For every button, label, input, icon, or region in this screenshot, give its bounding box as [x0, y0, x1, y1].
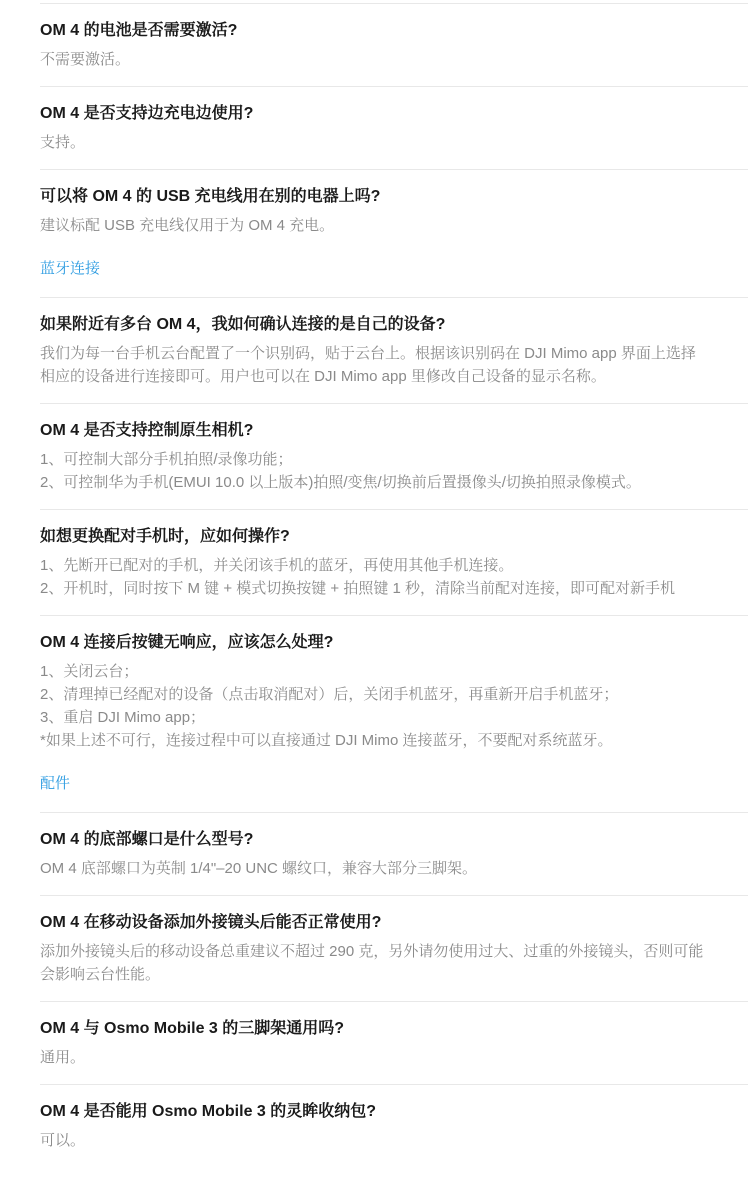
faq-question: OM 4 是否能用 Osmo Mobile 3 的灵眸收纳包? — [40, 1101, 705, 1123]
faq-answer: 不需要激活。 — [40, 48, 705, 71]
section-link[interactable]: 蓝牙连接 — [40, 260, 100, 277]
answer-line: 2、可控制华为手机(EMUI 10.0 以上版本)拍照/变焦/切换前后置摄像头/… — [40, 471, 705, 494]
faq-item-content: OM 4 在移动设备添加外接镜头后能否正常使用? 添加外接镜头后的移动设备总重建… — [0, 896, 750, 1001]
section-link[interactable]: 配件 — [40, 775, 70, 792]
answer-line: 1、关闭云台； — [40, 660, 705, 683]
answer-line: *如果上述不可行，连接过程中可以直接通过 DJI Mimo 连接蓝牙，不要配对系… — [40, 729, 705, 752]
faq-question: OM 4 在移动设备添加外接镜头后能否正常使用? — [40, 912, 705, 934]
faq-answer: 1、先断开已配对的手机，并关闭该手机的蓝牙，再使用其他手机连接。2、开机时，同时… — [40, 554, 705, 600]
answer-line: OM 4 底部螺口为英制 1/4"–20 UNC 螺纹口，兼容大部分三脚架。 — [40, 857, 705, 880]
answer-line: 建议标配 USB 充电线仅用于为 OM 4 充电。 — [40, 214, 705, 237]
answer-line: 通用。 — [40, 1046, 705, 1069]
faq-answer: 1、可控制大部分手机拍照/录像功能；2、可控制华为手机(EMUI 10.0 以上… — [40, 448, 705, 494]
faq-page-body: { "page": { "colors": { "question_text":… — [0, 0, 750, 1179]
faq-item-content: 可以将 OM 4 的 USB 充电线用在别的电器上吗? 建议标配 USB 充电线… — [0, 170, 750, 297]
faq-answer: OM 4 底部螺口为英制 1/4"–20 UNC 螺纹口，兼容大部分三脚架。 — [40, 857, 705, 880]
faq-answer: 通用。 — [40, 1046, 705, 1069]
answer-line: 2、开机时，同时按下 M 键 + 模式切换按键 + 拍照键 1 秒，清除当前配对… — [40, 577, 705, 600]
faq-question: OM 4 是否支持边充电边使用? — [40, 103, 705, 125]
faq-item-content: OM 4 是否支持边充电边使用? 支持。 — [0, 87, 750, 169]
faq-question: 如果附近有多台 OM 4，我如何确认连接的是自己的设备? — [40, 314, 705, 336]
answer-line: 1、可控制大部分手机拍照/录像功能； — [40, 448, 705, 471]
faq-item: 如想更换配对手机时，应如何操作? 1、先断开已配对的手机，并关闭该手机的蓝牙，再… — [0, 509, 750, 615]
faq-item: 如果附近有多台 OM 4，我如何确认连接的是自己的设备? 我们为每一台手机云台配… — [0, 297, 750, 403]
faq-list: OM 4 的电池是否需要激活? 不需要激活。 OM 4 是否支持边充电边使用? … — [0, 0, 750, 1167]
faq-item-content: 如果附近有多台 OM 4，我如何确认连接的是自己的设备? 我们为每一台手机云台配… — [0, 298, 750, 403]
section-link-row: 蓝牙连接 — [40, 258, 705, 280]
faq-item: OM 4 与 Osmo Mobile 3 的三脚架通用吗? 通用。 — [0, 1001, 750, 1084]
faq-answer: 可以。 — [40, 1129, 705, 1152]
answer-line: 1、先断开已配对的手机，并关闭该手机的蓝牙，再使用其他手机连接。 — [40, 554, 705, 577]
faq-item-content: OM 4 是否能用 Osmo Mobile 3 的灵眸收纳包? 可以。 — [0, 1085, 750, 1167]
faq-answer: 添加外接镜头后的移动设备总重建议不超过 290 克，另外请勿使用过大、过重的外接… — [40, 940, 705, 986]
answer-line: 2、清理掉已经配对的设备（点击取消配对）后，关闭手机蓝牙，再重新开启手机蓝牙； — [40, 683, 705, 706]
faq-item: OM 4 在移动设备添加外接镜头后能否正常使用? 添加外接镜头后的移动设备总重建… — [0, 895, 750, 1001]
answer-line: 不需要激活。 — [40, 48, 705, 71]
faq-question: OM 4 是否支持控制原生相机? — [40, 420, 705, 442]
faq-item-content: OM 4 连接后按键无响应，应该怎么处理? 1、关闭云台；2、清理掉已经配对的设… — [0, 616, 750, 812]
faq-item-content: 如想更换配对手机时，应如何操作? 1、先断开已配对的手机，并关闭该手机的蓝牙，再… — [0, 510, 750, 615]
answer-line: 3、重启 DJI Mimo app； — [40, 706, 705, 729]
faq-answer: 支持。 — [40, 131, 705, 154]
answer-line: 我们为每一台手机云台配置了一个识别码，贴于云台上。根据该识别码在 DJI Mim… — [40, 342, 705, 388]
faq-item-content: OM 4 与 Osmo Mobile 3 的三脚架通用吗? 通用。 — [0, 1002, 750, 1084]
faq-item-content: OM 4 是否支持控制原生相机? 1、可控制大部分手机拍照/录像功能；2、可控制… — [0, 404, 750, 509]
faq-item: OM 4 是否能用 Osmo Mobile 3 的灵眸收纳包? 可以。 — [0, 1084, 750, 1167]
faq-item-content: OM 4 的电池是否需要激活? 不需要激活。 — [0, 4, 750, 86]
answer-line: 可以。 — [40, 1129, 705, 1152]
faq-question: OM 4 的底部螺口是什么型号? — [40, 829, 705, 851]
faq-item-content: OM 4 的底部螺口是什么型号? OM 4 底部螺口为英制 1/4"–20 UN… — [0, 813, 750, 895]
faq-question: OM 4 连接后按键无响应，应该怎么处理? — [40, 632, 705, 654]
faq-question: OM 4 的电池是否需要激活? — [40, 20, 705, 42]
faq-item: OM 4 是否支持边充电边使用? 支持。 — [0, 86, 750, 169]
faq-item: OM 4 的电池是否需要激活? 不需要激活。 — [0, 3, 750, 86]
faq-item: OM 4 是否支持控制原生相机? 1、可控制大部分手机拍照/录像功能；2、可控制… — [0, 403, 750, 509]
faq-item: OM 4 连接后按键无响应，应该怎么处理? 1、关闭云台；2、清理掉已经配对的设… — [0, 615, 750, 812]
faq-question: OM 4 与 Osmo Mobile 3 的三脚架通用吗? — [40, 1018, 705, 1040]
faq-answer: 我们为每一台手机云台配置了一个识别码，贴于云台上。根据该识别码在 DJI Mim… — [40, 342, 705, 388]
faq-item: 可以将 OM 4 的 USB 充电线用在别的电器上吗? 建议标配 USB 充电线… — [0, 169, 750, 297]
faq-item: OM 4 的底部螺口是什么型号? OM 4 底部螺口为英制 1/4"–20 UN… — [0, 812, 750, 895]
section-link-row: 配件 — [40, 773, 705, 795]
faq-answer: 建议标配 USB 充电线仅用于为 OM 4 充电。 — [40, 214, 705, 237]
faq-answer: 1、关闭云台；2、清理掉已经配对的设备（点击取消配对）后，关闭手机蓝牙，再重新开… — [40, 660, 705, 752]
answer-line: 添加外接镜头后的移动设备总重建议不超过 290 克，另外请勿使用过大、过重的外接… — [40, 940, 705, 986]
faq-question: 可以将 OM 4 的 USB 充电线用在别的电器上吗? — [40, 186, 705, 208]
answer-line: 支持。 — [40, 131, 705, 154]
faq-question: 如想更换配对手机时，应如何操作? — [40, 526, 705, 548]
